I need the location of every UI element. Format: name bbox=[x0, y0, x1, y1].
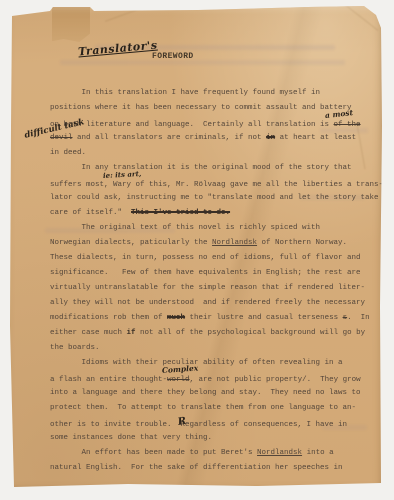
scanned-document-photo: Translator's FOREWORD In this translatio… bbox=[0, 0, 394, 500]
typed-text-segment: significance. Few of them have equivalen… bbox=[50, 269, 361, 277]
typed-line: modifications rob them of much their lus… bbox=[50, 311, 380, 326]
typed-text-segment: Idioms with their peculiar ability of of… bbox=[82, 359, 343, 367]
typed-text-segment: protect them. To attempt to translate th… bbox=[50, 404, 356, 412]
typed-text-segment: in deed. bbox=[50, 149, 86, 157]
typed-text-segment: An effort has been made to put Beret's bbox=[82, 449, 258, 457]
typed-line: the boards. bbox=[50, 341, 380, 356]
typed-text-segment: In this translation I have frequently fo… bbox=[82, 89, 321, 97]
typed-line: lator could ask, instructing me to "tran… bbox=[50, 191, 380, 206]
typed-text-segment: into a bbox=[302, 449, 334, 457]
typed-line: natural English. For the sake of differe… bbox=[50, 461, 380, 476]
struck-text: much bbox=[167, 314, 185, 322]
typed-line: care of itself." This I've tried to do. bbox=[50, 206, 380, 221]
typed-line: significance. Few of them have equivalen… bbox=[50, 266, 380, 281]
struck-text: of the bbox=[334, 121, 361, 129]
struck-text: world bbox=[167, 376, 190, 384]
typed-text-segment: some instances done that very thing. bbox=[50, 434, 212, 442]
typed-line: some instances done that very thing. bbox=[50, 431, 380, 446]
typed-line: In any translation it is the original mo… bbox=[50, 161, 380, 176]
typed-text-segment: positions where it has been necessary to… bbox=[50, 104, 352, 112]
typed-text-segment: not all of the psychological background … bbox=[136, 329, 366, 337]
typed-text-segment: and all translators are criminals, if no… bbox=[73, 134, 267, 142]
typed-line: into a language and there they belong an… bbox=[50, 386, 380, 401]
typed-line: other is to invite trouble. RRegardless … bbox=[50, 416, 380, 431]
manuscript-page: Translator's FOREWORD In this translatio… bbox=[8, 6, 382, 488]
typed-text-segment: Norwegian dialects, paticularly the bbox=[50, 239, 212, 247]
typed-line: Norwegian dialects, paticularly the Nord… bbox=[50, 236, 380, 251]
typed-text-segment: on both literature and language. Certain… bbox=[50, 121, 334, 129]
typed-text-segment: if bbox=[127, 329, 136, 337]
typed-text-segment: of Northern Norway. bbox=[257, 239, 347, 247]
typed-line: Idioms with their peculiar ability of of… bbox=[50, 356, 380, 371]
typed-line: either case much if not all of the psych… bbox=[50, 326, 380, 341]
typed-line: These dialects, in turn, possess no end … bbox=[50, 251, 380, 266]
struck-text: This I've tried to do. bbox=[131, 209, 230, 217]
typed-text-segment: The original text of this novel is richl… bbox=[82, 224, 321, 232]
typed-text-segment: virtually untranslatable for the simple … bbox=[50, 284, 365, 292]
typed-text-segment: at heart at least bbox=[275, 134, 356, 142]
paper-crease bbox=[105, 7, 143, 22]
typed-line: An effort has been made to put Beret's N… bbox=[50, 446, 380, 461]
typed-line: In this translation I have frequently fo… bbox=[50, 86, 380, 101]
underlined-text: Nordlandsk bbox=[257, 449, 302, 457]
typed-text-segment: care of itself." bbox=[50, 209, 131, 217]
typed-text-segment: their lustre and casual terseness bbox=[185, 314, 343, 322]
ink-bleedthrough bbox=[60, 60, 345, 65]
typed-text-segment: lator could ask, instructing me to "tran… bbox=[50, 194, 379, 202]
paper-crease bbox=[332, 0, 378, 31]
typed-line: difficult taskdevil and all translators … bbox=[50, 131, 380, 146]
underlined-text: Nordlandsk bbox=[212, 239, 257, 247]
typed-line: in deed. bbox=[50, 146, 380, 161]
typed-text-segment: Wary of this, Mr. Rölvaag gave me all th… bbox=[109, 181, 384, 189]
typed-title: FOREWORD bbox=[152, 52, 194, 61]
typed-text-segment: suffers most, bbox=[50, 181, 109, 189]
adhesive-tape bbox=[52, 4, 90, 42]
typed-text-segment: other is to invite trouble. bbox=[50, 421, 181, 429]
typed-line: The original text of this novel is richl… bbox=[50, 221, 380, 236]
typed-line: on both literature and language. Certain… bbox=[50, 116, 380, 131]
typed-line: protect them. To attempt to translate th… bbox=[50, 401, 380, 416]
typed-line: ally they will not be understood and if … bbox=[50, 296, 380, 311]
handwritten-title: Translator's bbox=[78, 39, 158, 59]
typed-text-segment: either case much bbox=[50, 329, 127, 337]
typed-text-segment: , are not public property/. They grow bbox=[190, 376, 361, 384]
typed-text-segment: . In bbox=[347, 314, 370, 322]
typed-text-segment: These dialects, in turn, possess no end … bbox=[50, 254, 361, 262]
typed-line: a flash an entire thought-worldComplex, … bbox=[50, 371, 380, 386]
typed-text-segment: a flash an entire thought- bbox=[50, 376, 167, 384]
struck-text: in bbox=[266, 134, 275, 142]
typed-text-segment: natural English. For the sake of differe… bbox=[50, 464, 343, 472]
typed-text-segment: modifications rob them of bbox=[50, 314, 167, 322]
typed-text-segment: into a language and there they belong an… bbox=[50, 389, 361, 397]
typed-line: suffers most,ie: its art, Wary of this, … bbox=[50, 176, 380, 191]
typed-text: In this translation I have frequently fo… bbox=[50, 86, 380, 476]
typed-text-segment: the boards. bbox=[50, 344, 100, 352]
typed-text-segment: ally they will not be understood and if … bbox=[50, 299, 365, 307]
typed-text-segment: Regardless of consequences, I have in bbox=[181, 421, 348, 429]
typed-line: virtually untranslatable for the simple … bbox=[50, 281, 380, 296]
